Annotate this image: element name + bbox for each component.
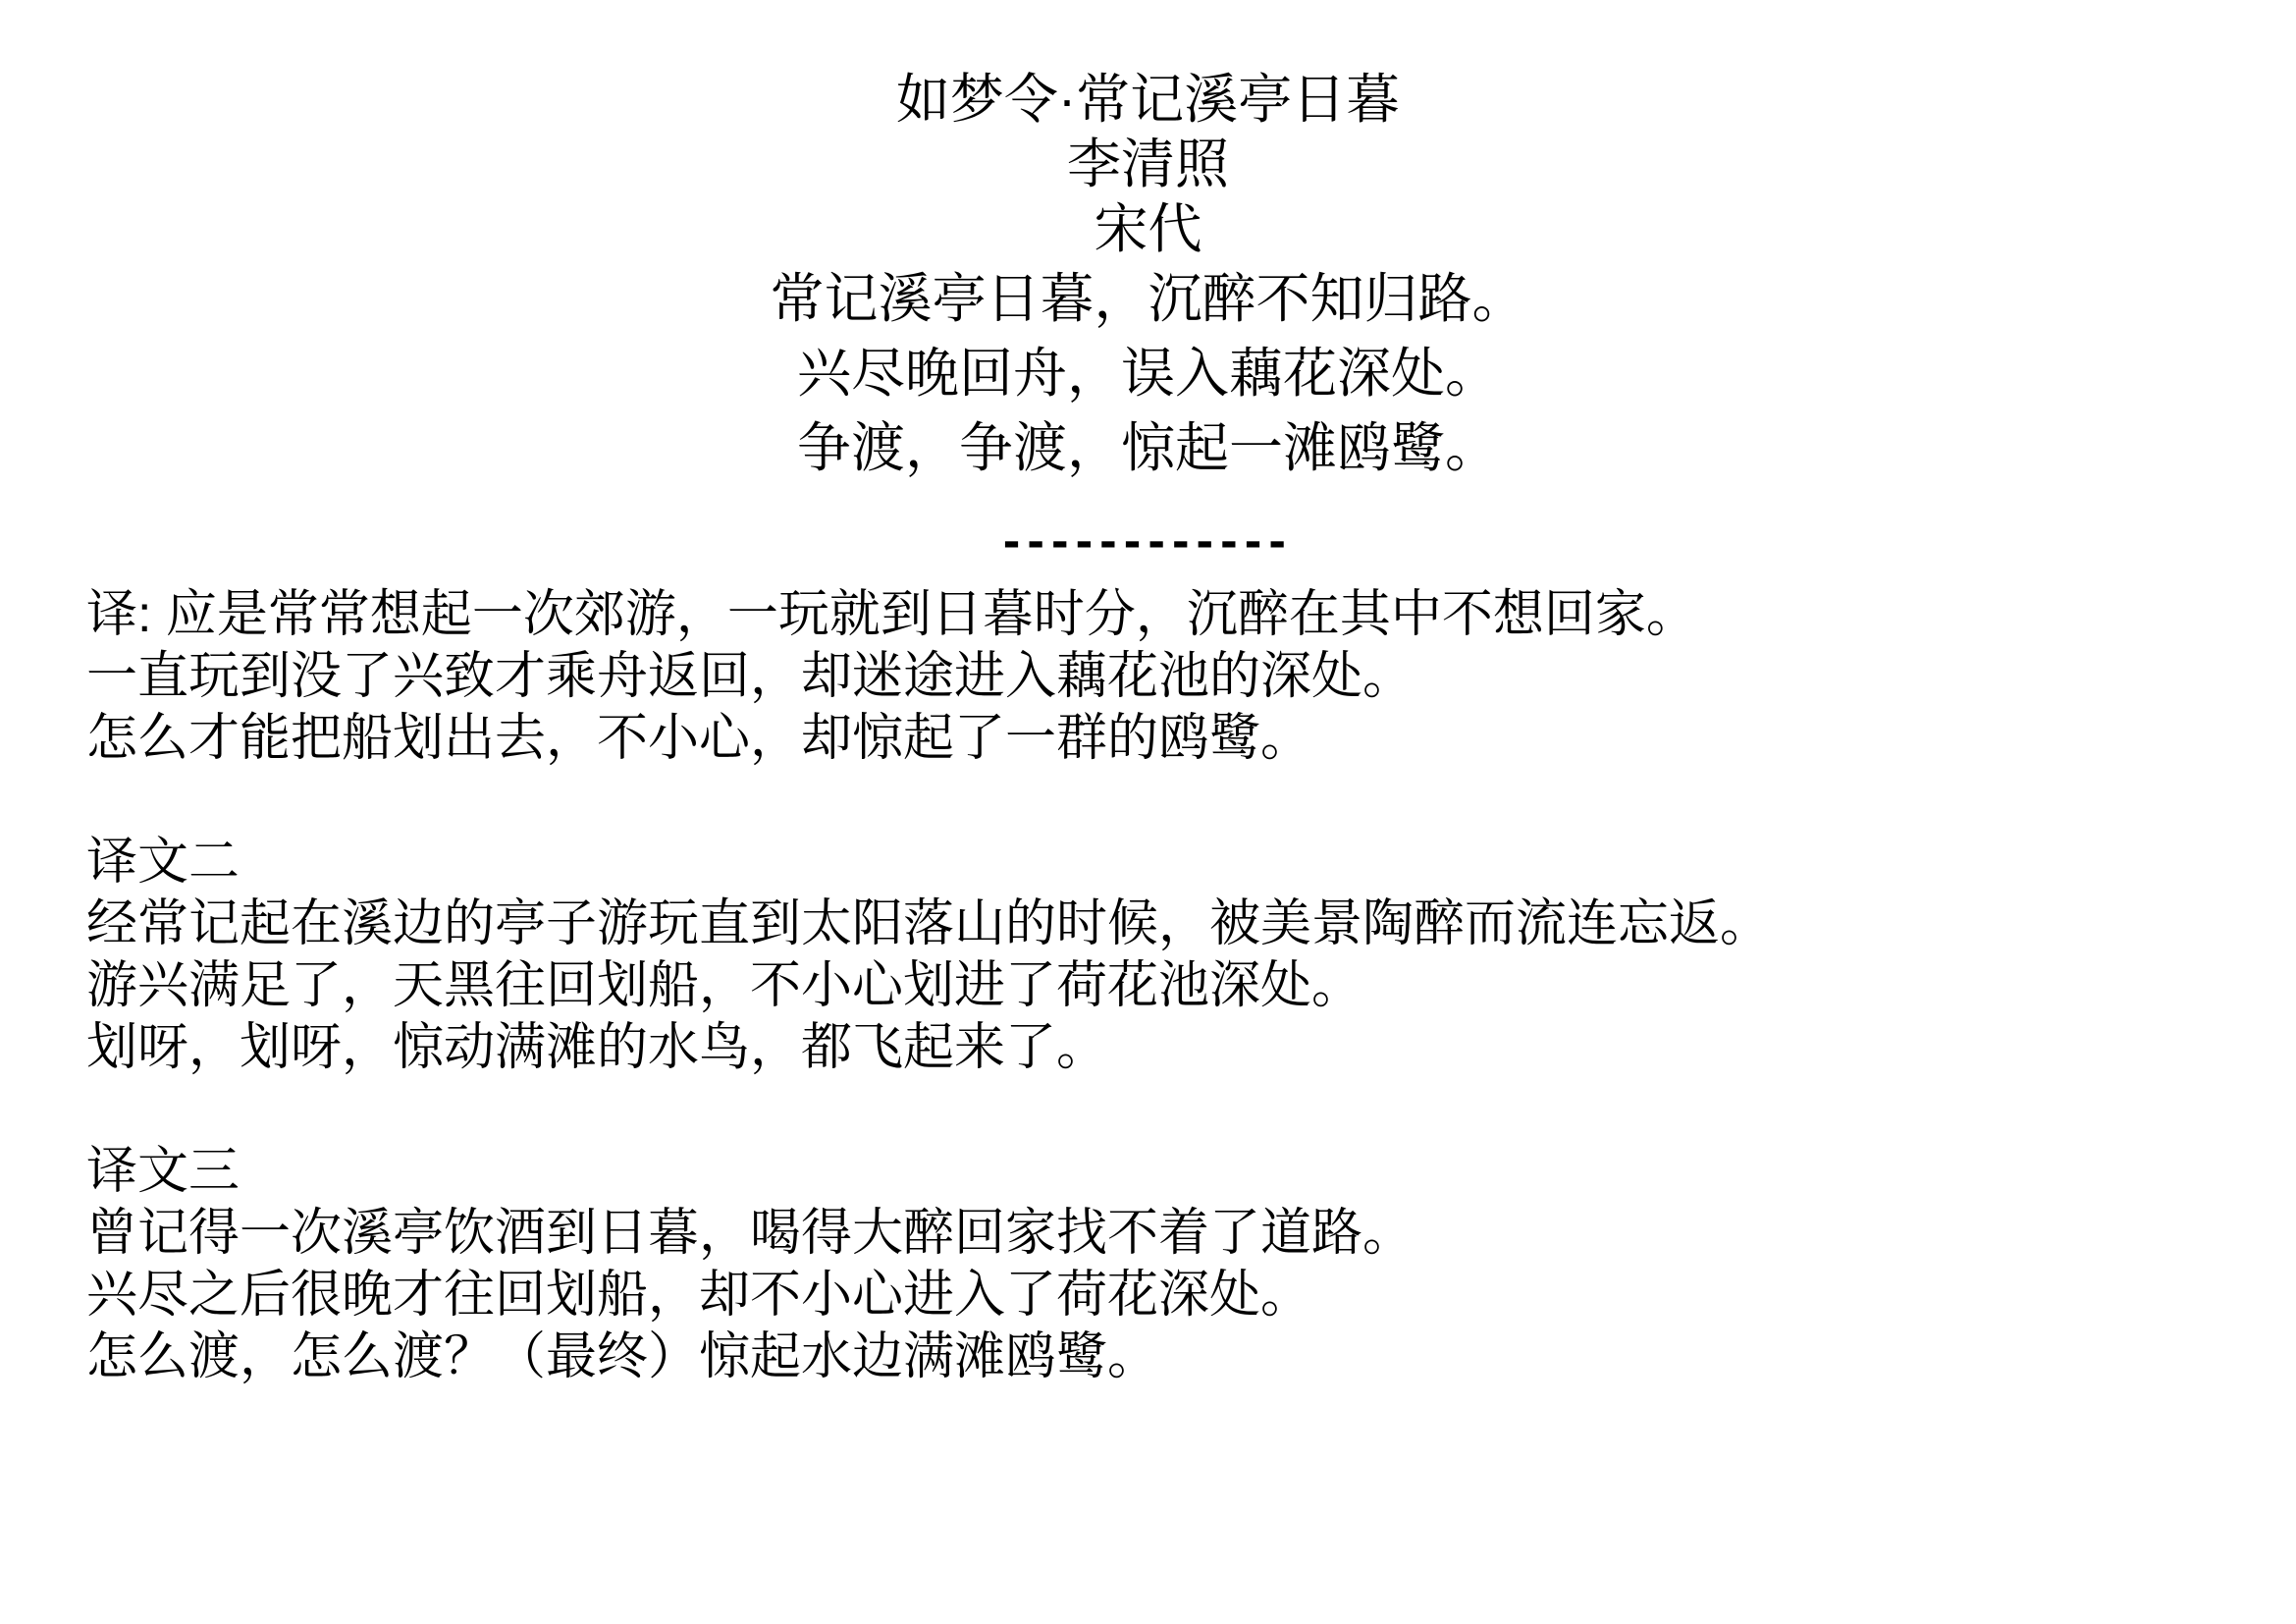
- translation-line: 译: 应是常常想起一次郊游，一玩就到日暮时分，沉醉在其中不想回家。: [86, 584, 2237, 646]
- translation-line: 怎么渡，怎么渡？（最终）惊起水边满滩鸥鹭。: [86, 1326, 2237, 1388]
- poem-dynasty: 宋代: [0, 196, 2296, 261]
- document-page: 如梦令·常记溪亭日暮 李清照 宋代 常记溪亭日暮，沉醉不知归路。 兴尽晚回舟，误…: [0, 0, 2296, 1624]
- translation-block-2: 译文二 经常记起在溪边的亭子游玩直到太阳落山的时候，被美景陶醉而流连忘返。 游兴…: [86, 832, 2237, 1079]
- translation-heading: 译文三: [86, 1141, 2237, 1203]
- translation-line: 怎么才能把船划出去，不小心，却惊起了一群的鸥鹭。: [86, 708, 2237, 770]
- translation-line: 经常记起在溪边的亭子游玩直到太阳落山的时候，被美景陶醉而流连忘返。: [86, 893, 2237, 955]
- poem-body: 常记溪亭日暮，沉醉不知归路。 兴尽晚回舟，误入藕花深处。 争渡，争渡，惊起一滩鸥…: [0, 261, 2296, 485]
- poem-author: 李清照: [0, 132, 2296, 196]
- translation-line: 曾记得一次溪亭饮酒到日暮，喝得大醉回家找不着了道路。: [86, 1203, 2237, 1265]
- translation-block-3: 译文三 曾记得一次溪亭饮酒到日暮，喝得大醉回家找不着了道路。 兴尽之后很晚才往回…: [86, 1141, 2237, 1388]
- poem-header: 如梦令·常记溪亭日暮 李清照 宋代: [0, 0, 2296, 261]
- translation-block-1: 译: 应是常常想起一次郊游，一玩就到日暮时分，沉醉在其中不想回家。 一直玩到没了…: [86, 584, 2237, 770]
- poem-title: 如梦令·常记溪亭日暮: [0, 67, 2296, 132]
- translation-line: 划呀，划呀，惊动满滩的水鸟，都飞起来了。: [86, 1017, 2237, 1079]
- poem-line: 常记溪亭日暮，沉醉不知归路。: [0, 261, 2296, 336]
- separator-dashes: ------------: [0, 511, 2296, 572]
- poem-line: 争渡，争渡，惊起一滩鸥鹭。: [0, 410, 2296, 485]
- translations-section: 译: 应是常常想起一次郊游，一玩就到日暮时分，沉醉在其中不想回家。 一直玩到没了…: [86, 584, 2237, 1388]
- poem-line: 兴尽晚回舟，误入藕花深处。: [0, 336, 2296, 410]
- translation-line: 一直玩到没了兴致才乘舟返回，却迷途进入藕花池的深处。: [86, 646, 2237, 708]
- translation-line: 兴尽之后很晚才往回划船，却不小心进入了荷花深处。: [86, 1265, 2237, 1326]
- translation-heading: 译文二: [86, 832, 2237, 893]
- translation-line: 游兴满足了，天黑往回划船，不小心划进了荷花池深处。: [86, 955, 2237, 1017]
